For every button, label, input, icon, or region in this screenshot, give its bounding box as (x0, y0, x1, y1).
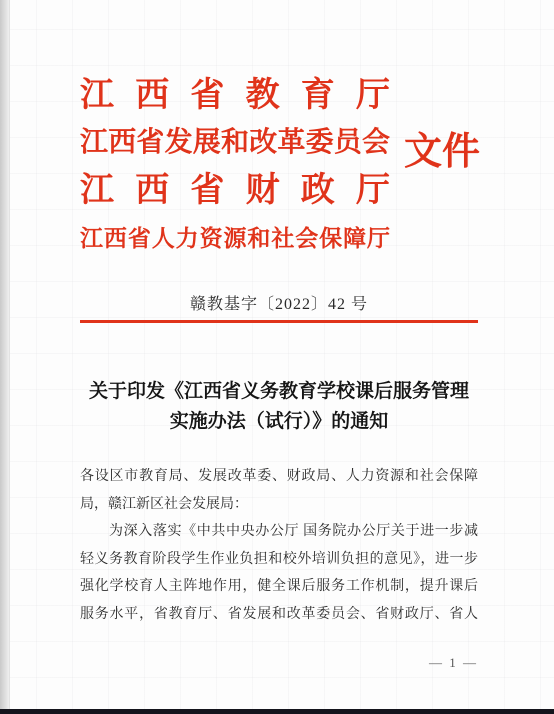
body-line: 强化学校育人主阵地作用，健全课后服务工作机制，提升课后 (80, 573, 478, 601)
doc-number: 赣教基字〔2022〕42 号 (80, 291, 478, 314)
page-number: — 1 — (80, 655, 478, 671)
red-header-departments: 江西省教育厅 江西省发展和改革委员会 江西省财政厅 江西省人力资源和社会保障厅 (80, 72, 390, 262)
doc-type-label: 文件 (404, 132, 480, 172)
body-line: 各设区市教育局、发展改革委、财政局、人力资源和社会保障 (80, 463, 478, 491)
department-name-finance: 江西省财政厅 (80, 167, 390, 215)
scan-left-edge (0, 0, 10, 714)
department-name-human-resources: 江西省人力资源和社会保障厅 (80, 215, 390, 262)
department-name-development-reform: 江西省发展和改革委员会 (80, 119, 390, 167)
document-body: 各设区市教育局、发展改革委、财政局、人力资源和社会保障 局，赣江新区社会发展局：… (80, 463, 478, 628)
body-line: 局，赣江新区社会发展局： (80, 491, 478, 519)
red-separator-rule (80, 320, 478, 323)
department-name-education: 江西省教育厅 (80, 72, 390, 119)
body-line: 为深入落实《中共中央办公厅 国务院办公厅关于进一步减 (80, 518, 478, 546)
scanned-document-page: 江西省教育厅 江西省发展和改革委员会 江西省财政厅 江西省人力资源和社会保障厅 … (0, 0, 554, 714)
body-line: 服务水平，省教育厅、省发展和改革委员会、省财政厅、省人 (80, 601, 478, 629)
body-line: 轻义务教育阶段学生作业负担和校外培训负担的意见》，进一步 (80, 546, 478, 574)
scan-bottom-edge (0, 709, 554, 714)
document-title: 关于印发《江西省义务教育学校课后服务管理 实施办法（试行）》的通知 (80, 377, 478, 437)
document-title-line2: 实施办法（试行）》的通知 (80, 407, 478, 437)
document-title-line1: 关于印发《江西省义务教育学校课后服务管理 (80, 377, 478, 407)
